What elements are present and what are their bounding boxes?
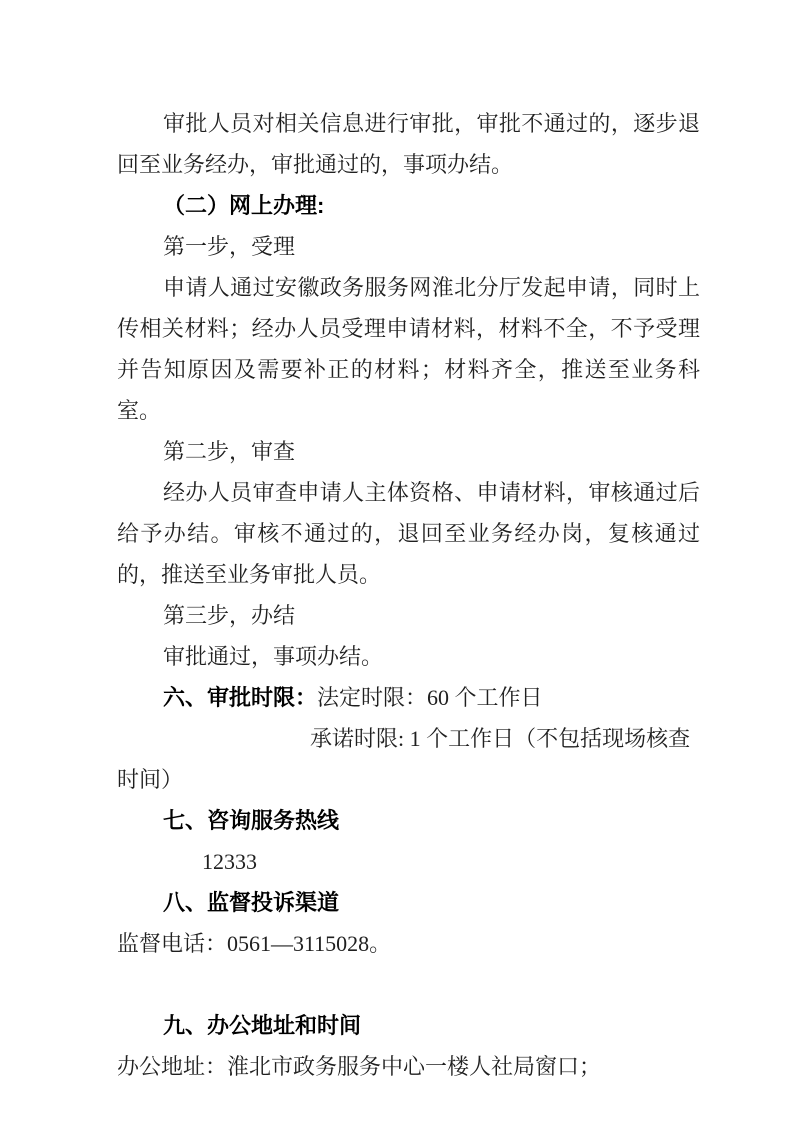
hotline-number: 12333 [117, 841, 700, 882]
step1-title: 第一步，受理 [117, 226, 700, 267]
paragraph-approval-review: 审批人员对相关信息进行审批，审批不通过的，逐步退回至业务经办，审批通过的，事项办… [117, 103, 700, 185]
heading-hotline: 七、咨询服务热线 [117, 800, 700, 841]
step2-body: 经办人员审查申请人主体资格、申请材料，审核通过后给予办结。审核不通过的，退回至业… [117, 472, 700, 595]
complaint-phone: 监督电话：0561—3115028。 [117, 923, 700, 964]
step3-body: 审批通过，事项办结。 [117, 636, 700, 677]
time-limit-promised: 承诺时限: 1 个工作日（不包括现场核查时间） [117, 718, 700, 800]
heading-online-processing: （二）网上办理: [117, 185, 700, 226]
time-limit-statutory: 法定时限：60 个工作日 [317, 685, 543, 710]
step1-body: 申请人通过安徽政务服务网淮北分厅发起申请，同时上传相关材料；经办人员受理申请材料… [117, 267, 700, 431]
document-page: 审批人员对相关信息进行审批，审批不通过的，逐步退回至业务经办，审批通过的，事项办… [0, 0, 793, 1122]
office-address: 办公地址：淮北市政务服务中心一楼人社局窗口； [117, 1046, 700, 1087]
time-limit-line: 六、审批时限：法定时限：60 个工作日 [117, 677, 700, 718]
step3-title: 第三步，办结 [117, 595, 700, 636]
heading-complaint-channel: 八、监督投诉渠道 [117, 882, 700, 923]
heading-office-address-time: 九、办公地址和时间 [117, 1005, 700, 1046]
step2-title: 第二步，审查 [117, 431, 700, 472]
heading-time-limit: 六、审批时限： [163, 685, 317, 710]
blank-line-spacer [117, 964, 700, 1005]
